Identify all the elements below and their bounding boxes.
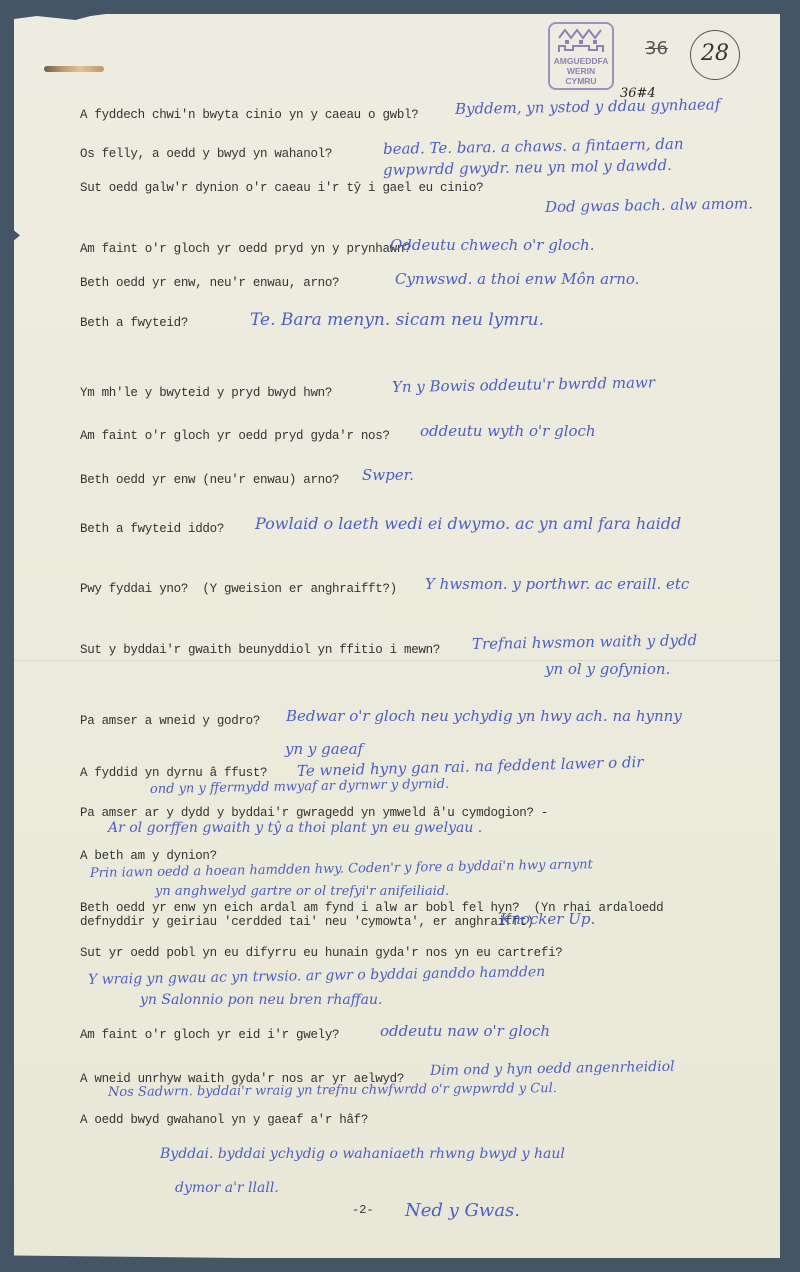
question-11: Pwy fyddai yno? (Y gweision er anghraiff… <box>80 582 397 596</box>
museum-stamp: AMGUEDDFA WERIN CYMRU <box>548 22 614 90</box>
rust-stain <box>44 66 104 72</box>
question-18: Sut yr oedd pobl yn eu difyrru eu hunain… <box>80 946 562 960</box>
answer-18-line-2: yn Salonnio pon neu bren rhaffau. <box>140 992 382 1008</box>
question-1: A fyddech chwi'n bwyta cinio yn y caeau … <box>80 108 418 122</box>
answer-15-line-1: Ar ol gorffen gwaith y tŷ a thoi plant y… <box>108 820 482 836</box>
crossed-number: 36 <box>645 38 668 59</box>
answer-21-line-2: dymor a'r llall. <box>175 1180 279 1196</box>
stamp-line-1: AMGUEDDFA <box>550 56 612 66</box>
question-2: Os felly, a oedd y bwyd yn wahanol? <box>80 147 332 161</box>
answer-12-line-2: yn ol y gofynion. <box>545 660 670 678</box>
question-13: Pa amser a wneid y godro? <box>80 714 260 728</box>
answer-11-line-1: Y hwsmon. y porthwr. ac eraill. etc <box>425 575 689 593</box>
answer-16-line-2: yn anghwelyd gartre or ol trefyi'r anife… <box>155 884 449 899</box>
answer-19-line-1: oddeutu naw o'r gloch <box>380 1022 550 1040</box>
answer-5-line-1: Cynwswd. a thoi enw Môn arno. <box>395 270 639 288</box>
question-4: Am faint o'r gloch yr oedd pryd yn y pry… <box>80 242 411 256</box>
answer-21-line-1: Byddai. byddai ychydig o wahaniaeth rhwn… <box>160 1146 565 1162</box>
question-12: Sut y byddai'r gwaith beunyddiol yn ffit… <box>80 643 440 657</box>
question-8: Am faint o'r gloch yr oedd pryd gyda'r n… <box>80 429 390 443</box>
question-16: A beth am y dynion? <box>80 849 217 863</box>
answer-6-line-1: Te. Bara menyn. sicam neu lymru. <box>250 310 544 330</box>
answer-3-line-1: Dod gwas bach. alw amom. <box>545 194 753 216</box>
question-9: Beth oedd yr enw (neu'r enwau) arno? <box>80 473 339 487</box>
page-footer-number: -2- <box>352 1203 374 1217</box>
question-14: A fyddid yn dyrnu â ffust? <box>80 766 267 780</box>
signature: Ned y Gwas. <box>405 1200 520 1221</box>
question-19: Am faint o'r gloch yr eid i'r gwely? <box>80 1028 339 1042</box>
answer-4-line-1: Oddeutu chwech o'r gloch. <box>390 236 594 254</box>
question-3: Sut oedd galw'r dynion o'r caeau i'r tŷ … <box>80 181 483 195</box>
question-5: Beth oedd yr enw, neu'r enwau, arno? <box>80 276 339 290</box>
answer-13-line-2: yn y gaeaf <box>285 740 363 758</box>
circled-page-number: 28 <box>690 30 740 80</box>
answer-13-line-1: Bedwar o'r gloch neu ychydig yn hwy ach.… <box>286 707 682 725</box>
castle-icon <box>557 28 605 54</box>
question-7: Ym mh'le y bwyteid y pryd bwyd hwn? <box>80 386 332 400</box>
answer-10-line-1: Powlaid o laeth wedi ei dwymo. ac yn aml… <box>255 514 681 533</box>
answer-17-line-1: Knocker Up. <box>500 910 595 928</box>
question-10: Beth a fwyteid iddo? <box>80 522 224 536</box>
stamp-line-2: WERIN <box>550 66 612 76</box>
question-15: Pa amser ar y dydd y byddai'r gwragedd y… <box>80 806 548 820</box>
answer-8-line-1: oddeutu wyth o'r gloch <box>420 422 596 440</box>
stamp-line-3: CYMRU <box>550 76 612 86</box>
answer-9-line-1: Swper. <box>362 466 414 484</box>
question-6: Beth a fwyteid? <box>80 316 188 330</box>
question-21: A oedd bwyd gwahanol yn y gaeaf a'r hâf? <box>80 1113 368 1127</box>
